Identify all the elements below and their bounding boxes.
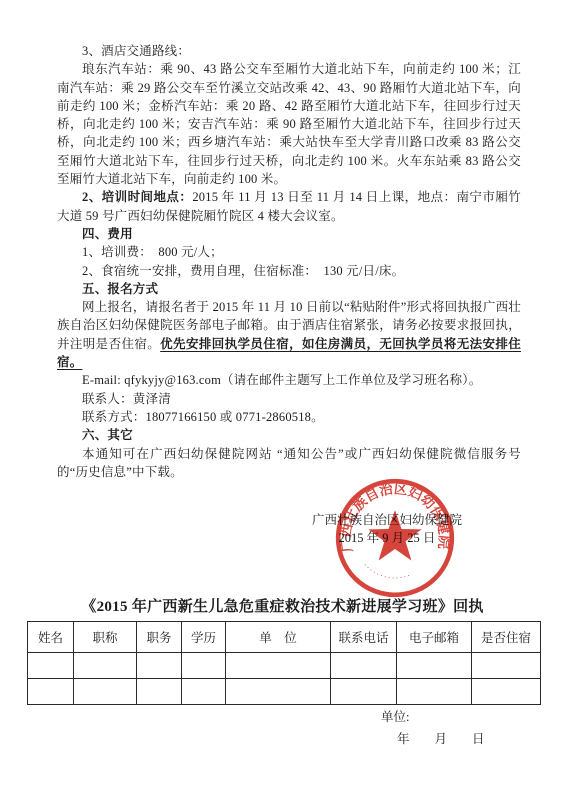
document-page: 3、酒店交通路线： 琅东汽车站：乘 90、43 路公交车至厢竹大道北站下车，向前… — [0, 0, 565, 800]
table-row — [28, 653, 541, 679]
training-time-paragraph: 2、培训时间地点：2015 年 11 月 13 日至 11 月 14 日上课，地… — [57, 188, 521, 225]
col-header-education: 学历 — [182, 622, 226, 653]
notice-body: 3、酒店交通路线： 琅东汽车站：乘 90、43 路公交车至厢竹大道北站下车，向前… — [57, 42, 521, 481]
seal-code-dots: ············· — [362, 562, 413, 582]
empty-cell — [226, 653, 331, 679]
empty-cell — [74, 653, 137, 679]
registration-paragraph: 网上报名，请报名者于 2015 年 11 月 10 日前以“粘贴附件”形式将回执… — [57, 298, 521, 371]
svg-text:·············: ············· — [362, 562, 413, 582]
email-line: E-mail: qfykyjy@163.com（请在邮件主题写上工作单位及学习班… — [57, 371, 521, 389]
registration-heading: 五、报名方式 — [57, 280, 521, 298]
reply-form-title: 《2015 年广西新生儿急危重症救治技术新进展学习班》回执 — [0, 595, 565, 616]
empty-cell — [74, 679, 137, 705]
other-heading: 六、其它 — [57, 426, 521, 444]
empty-cell — [397, 679, 472, 705]
training-time-label: 2、培训时间地点： — [82, 190, 192, 204]
empty-cell — [331, 679, 397, 705]
empty-cell — [331, 653, 397, 679]
col-header-email: 电子邮箱 — [397, 622, 472, 653]
empty-cell — [137, 653, 182, 679]
contact-person-line: 联系人：黄泽清 — [57, 390, 521, 408]
empty-cell — [28, 679, 74, 705]
signature-date: 2015 年 9 月 25 日 — [312, 529, 462, 547]
col-header-professional-title: 职称 — [74, 622, 137, 653]
other-paragraph: 本通知可在广西妇幼保健院网站 “通知公告”或广西妇幼保健院微信服务号的“历史信息… — [57, 445, 521, 482]
empty-cell — [182, 679, 226, 705]
col-header-accommodation: 是否住宿 — [472, 622, 541, 653]
empty-cell — [472, 653, 541, 679]
empty-cell — [28, 653, 74, 679]
empty-cell — [226, 679, 331, 705]
fee-item-2: 2、食宿统一安排，费用自理，住宿标准： 130 元/日/床。 — [57, 262, 521, 280]
footer-date-line: 年 月 日 — [397, 729, 485, 747]
empty-cell — [472, 679, 541, 705]
table-row — [28, 679, 541, 705]
empty-cell — [397, 653, 472, 679]
col-header-name: 姓名 — [28, 622, 74, 653]
empty-cell — [182, 653, 226, 679]
fees-heading: 四、费用 — [57, 225, 521, 243]
hotel-routes-paragraph: 琅东汽车站：乘 90、43 路公交车至厢竹大道北站下车，向前走约 100 米；江… — [57, 60, 521, 188]
contact-phone-line: 联系方式：18077166150 或 0771-2860518。 — [57, 408, 521, 426]
reply-form-table: 姓名 职称 职务 学历 单 位 联系电话 电子邮箱 是否住宿 — [27, 621, 541, 705]
hotel-routes-heading: 3、酒店交通路线： — [57, 42, 521, 60]
signature-org: 广西壮族自治区妇幼保健院 — [312, 511, 462, 529]
col-header-position: 职务 — [137, 622, 182, 653]
table-header-row: 姓名 职称 职务 学历 单 位 联系电话 电子邮箱 是否住宿 — [28, 622, 541, 653]
col-header-phone: 联系电话 — [331, 622, 397, 653]
signature-block: 广西壮族自治区妇幼保健院 2015 年 9 月 25 日 — [312, 511, 462, 547]
empty-cell — [137, 679, 182, 705]
col-header-work-unit: 单 位 — [226, 622, 331, 653]
footer-unit-label: 单位: — [381, 707, 409, 725]
fee-item-1: 1、培训费： 800 元/人； — [57, 243, 521, 261]
